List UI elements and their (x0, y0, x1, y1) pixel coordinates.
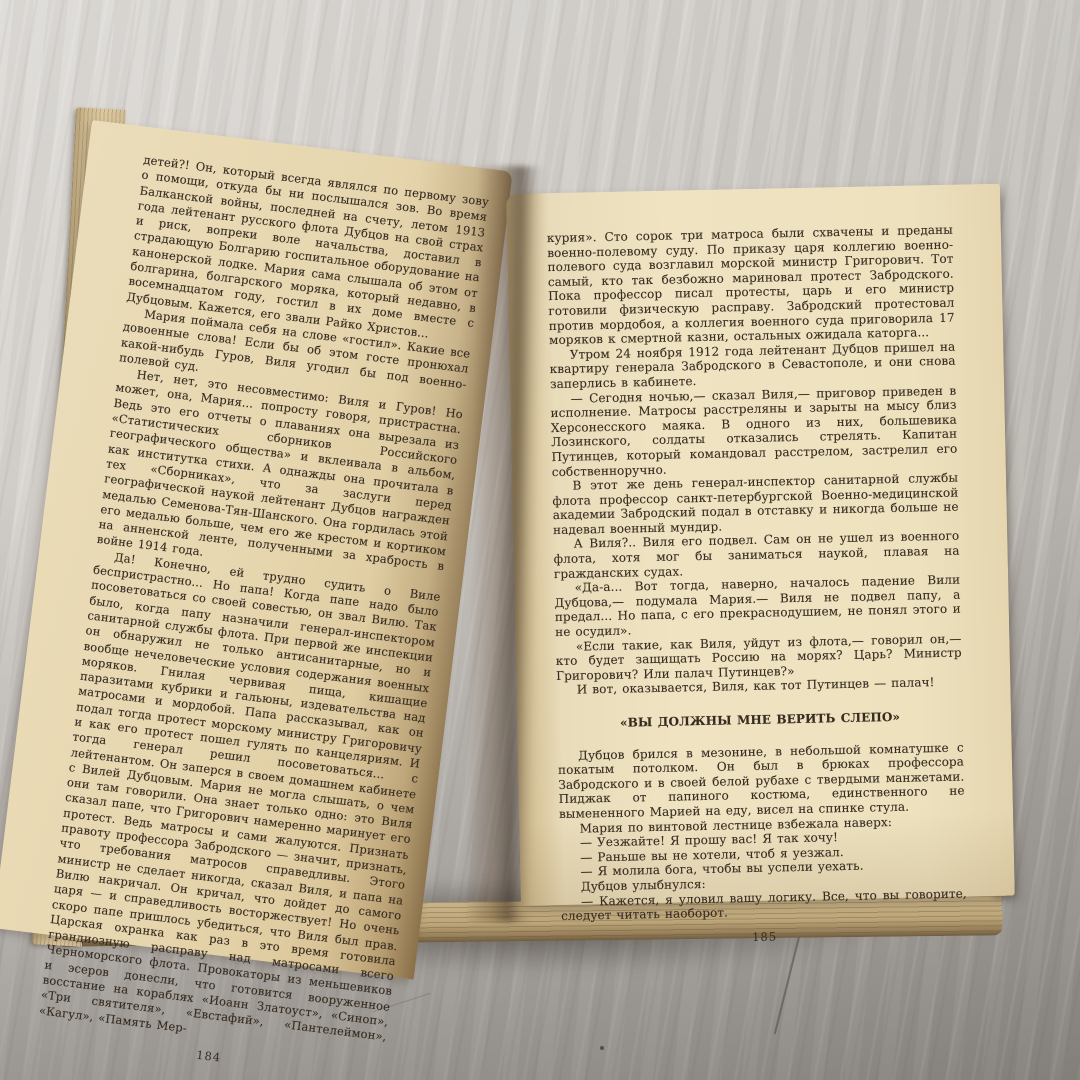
book-gutter-shadow (463, 165, 544, 922)
paragraph: — Сегодня ночью,— сказал Виля,— приговор… (550, 383, 958, 479)
right-page-text-after-heading: Дубцов брился в мезонине, в небольшой ко… (558, 740, 968, 924)
left-page: детей?! Он, который всегда являлся по пе… (0, 120, 513, 980)
paragraph: Дубцов брился в мезонине, в небольшой ко… (558, 740, 965, 821)
table-surface: детей?! Он, который всегда являлся по пе… (0, 0, 1080, 1080)
table-speck (600, 1046, 604, 1050)
right-page: курия». Сто сорок три матроса были схвач… (506, 184, 1015, 906)
paragraph: В этот же день генерал-инспектор санитар… (552, 471, 959, 538)
paragraph: курия». Сто сорок три матроса были схвач… (547, 223, 955, 348)
chapter-heading: «ВЫ ДОЛЖНЫ МНЕ ВЕРИТЬ СЛЕПО» (557, 709, 963, 732)
right-page-text-before-heading: курия». Сто сорок три матроса были схвач… (547, 223, 963, 698)
paragraph: «Да-а... Вот тогда, наверно, началось па… (554, 573, 961, 640)
paragraph: Да! Конечно, ей трудно судить о Виле бес… (38, 547, 441, 1060)
